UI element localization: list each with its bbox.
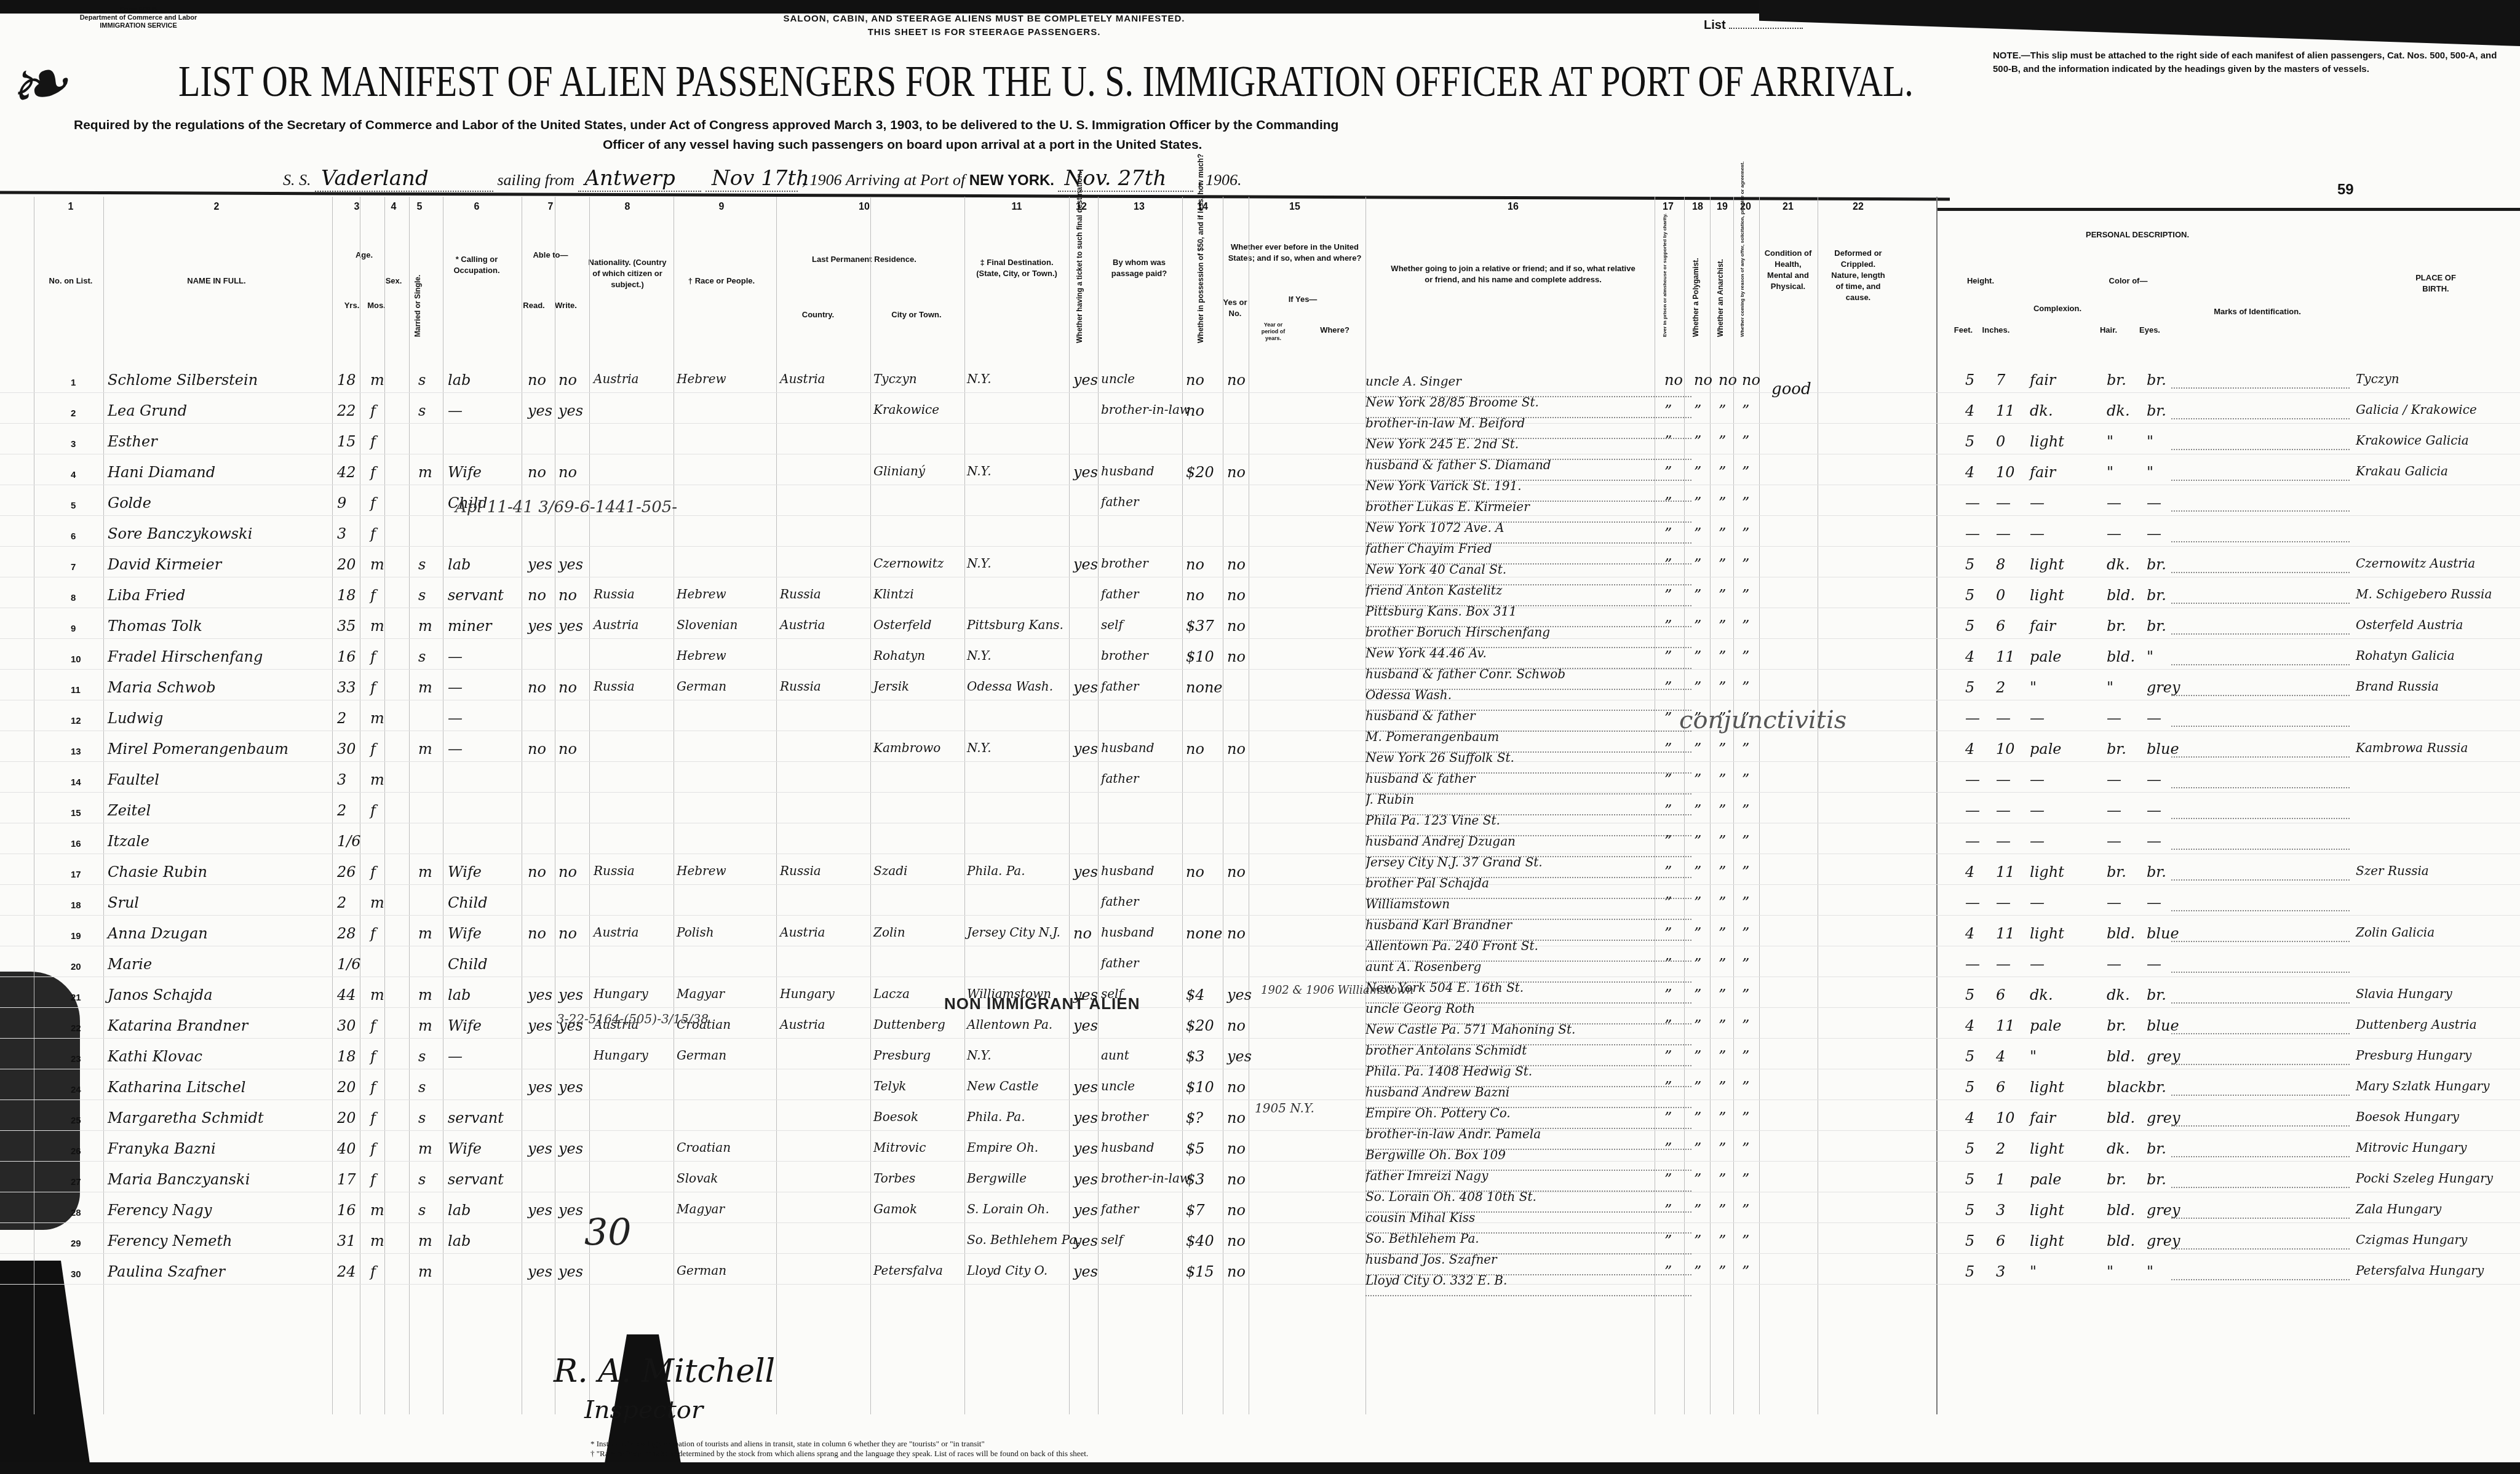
ditto-mark: ”: [1742, 771, 1749, 788]
cell-read: no: [528, 464, 546, 481]
cell-ht-ft: 5: [1965, 986, 1974, 1004]
cell-age: 1/6: [337, 833, 361, 850]
header-where: Where?: [1316, 325, 1353, 336]
cell-ticket: yes: [1073, 1109, 1098, 1127]
cell-sex: f: [370, 1171, 376, 1188]
marks-of-identification-line: [2171, 387, 2350, 389]
ditto-mark: ”: [1719, 956, 1726, 973]
cell-money: no: [1186, 587, 1204, 604]
cell-no: 26: [71, 1146, 81, 1157]
arriving-label: Arriving at Port of: [846, 171, 965, 189]
cell-age: 9: [337, 494, 346, 512]
cell-eyes: br.: [2147, 1140, 2166, 1157]
cell-eyes: blue: [2147, 925, 2179, 942]
cell-ticket: yes: [1073, 740, 1098, 758]
cell-read: yes: [528, 402, 552, 419]
cell-hair: br.: [2107, 1171, 2126, 1188]
header-before-us: Whether ever before in the United States…: [1227, 242, 1362, 264]
ditto-mark: ”: [1742, 587, 1749, 604]
col-num-15: 15: [1289, 202, 1300, 213]
cell-hair: bld.: [2107, 1109, 2135, 1127]
cell-race: Hebrew: [677, 587, 726, 601]
header-calling: * Calling or Occupation.: [443, 254, 511, 276]
cell-name: Esther: [108, 433, 157, 450]
cell-sex: m: [370, 1202, 384, 1219]
ditto-mark: ”: [1742, 1263, 1749, 1280]
cell-hair: ": [2107, 679, 2113, 696]
header-inches: Inches.: [1981, 325, 2011, 336]
cell-age: 2: [337, 710, 346, 727]
marks-of-identification-line: [2171, 572, 2350, 573]
cell-name: Maria Banczyanski: [108, 1171, 250, 1188]
cell-pob: Czernowitz Austria: [2356, 556, 2475, 571]
cell-read: no: [528, 371, 546, 389]
cell-age: 3: [337, 525, 346, 542]
table-row: 11Maria Schwob33fm—nonoRussiaGermanRussi…: [0, 676, 2520, 700]
cell-sex: m: [370, 771, 384, 788]
ditto-mark: ”: [1742, 1202, 1749, 1219]
cell-name: Anna Dzugan: [108, 925, 208, 942]
cell-pob: Galicia / Krakowice: [2356, 402, 2477, 417]
header-joining: Whether going to join a relative or frie…: [1390, 263, 1636, 285]
marks-of-identification-line: [2171, 910, 2350, 911]
ditto-mark: ”: [1719, 986, 1726, 1004]
cell-no: 29: [71, 1238, 81, 1249]
header-place-of-birth: PLACE OF BIRTH.: [2405, 272, 2466, 295]
ditto-mark: ”: [1719, 648, 1726, 665]
cell-city: Jersik: [873, 679, 909, 694]
cell-money: $?: [1186, 1109, 1203, 1127]
cell-ms: s: [418, 1109, 426, 1127]
marks-of-identification-line: [2171, 1187, 2350, 1188]
cell-nat: Austria: [594, 925, 639, 940]
relative-address-line: New York Varick St. 191.: [1365, 478, 1691, 502]
table-row: 9Thomas Tolk35mmmineryesyesAustriaSloven…: [0, 615, 2520, 639]
cell-occ: lab: [448, 1202, 471, 1219]
ditto-mark: ”: [1742, 925, 1749, 942]
cell-write: no: [558, 464, 577, 481]
cell-no: 10: [71, 654, 81, 665]
cell-write: yes: [558, 1079, 583, 1096]
cell-eyes: ": [2147, 464, 2153, 481]
table-row: 2Lea Grund22fs—yesyesKrakowicebrother-in…: [0, 400, 2520, 424]
ditto-mark: ”: [1719, 863, 1726, 881]
cell-hair: —: [2107, 833, 2121, 850]
annotation-line-21: 3-22-5164-(505)-3/15/38: [557, 1012, 709, 1026]
ditto-mark: ”: [1694, 740, 1701, 758]
relative-address-line: brother-in-law M. Beiford: [1365, 416, 1691, 439]
cell-dest: Odessa Wash.: [967, 679, 1053, 694]
inspector-signature: R. A. Mitchell: [554, 1353, 775, 1390]
clerk-initials: ❧: [0, 38, 75, 133]
ditto-mark: ”: [1719, 894, 1726, 911]
cell-ms: s: [418, 1171, 426, 1188]
cell-name: Ferency Nagy: [108, 1202, 212, 1219]
cell-city: Krakowice: [873, 402, 939, 417]
cell-no: 2: [71, 408, 76, 419]
table-row: 7David Kirmeier20mslabyesyesCzernowitzN.…: [0, 553, 2520, 577]
cell-ticket: yes: [1073, 1017, 1098, 1034]
cell-paid: brother-in-law: [1101, 1171, 1190, 1186]
cell-ticket: yes: [1073, 556, 1098, 573]
cell-before: no: [1227, 1140, 1246, 1157]
marks-of-identification-line: [2171, 1248, 2350, 1250]
class-notice: SALOON, CABIN, AND STEERAGE ALIENS MUST …: [627, 12, 1341, 39]
ditto-mark: ”: [1719, 1140, 1726, 1157]
cell-race: Polish: [677, 925, 714, 940]
cell-money: no: [1186, 863, 1204, 881]
marks-of-identification-line: [2171, 941, 2350, 942]
cell-name: Janos Schajda: [108, 986, 213, 1004]
cell-hair: —: [2107, 771, 2121, 788]
cell-dest: New Castle: [967, 1079, 1039, 1093]
cell-before: no: [1227, 1263, 1246, 1280]
cell-sex: f: [370, 740, 376, 758]
cell-city: Osterfeld: [873, 617, 932, 632]
table-row: 27Maria Banczyanski17fsservantSlovakTorb…: [0, 1168, 2520, 1192]
relative-address-line: uncle A. Singer: [1365, 374, 1691, 397]
cell-name: Srul: [108, 894, 139, 911]
cell-ht-ft: 5: [1965, 1171, 1974, 1188]
cell-cmp: light: [2030, 1232, 2064, 1250]
cell-name: Kathi Klovac: [108, 1048, 202, 1065]
cell-pob: Kambrowa Russia: [2356, 740, 2468, 755]
cell-nat: Hungary: [594, 986, 648, 1001]
ditto-mark: ”: [1742, 956, 1749, 973]
cell-ht-in: 0: [1996, 433, 2005, 450]
cell-hair: bld.: [2107, 1232, 2135, 1250]
header-feet: Feet.: [1951, 325, 1976, 336]
cell-name: Katharina Litschel: [108, 1079, 246, 1096]
cell-cmp: —: [2030, 956, 2045, 973]
cell-sex: f: [370, 1263, 376, 1280]
relative-address-line: Odessa Wash.: [1365, 687, 1691, 711]
relative-address-line: brother Pal Schajda: [1365, 876, 1691, 899]
relative-address-line: Williamstown: [1365, 897, 1691, 920]
cell-before: no: [1227, 648, 1246, 665]
cell-ht-ft: —: [1965, 771, 1980, 788]
regulation-line-2: Officer of any vessel having such passen…: [74, 135, 1833, 155]
cell-country: Russia: [780, 679, 821, 694]
col-num-22: 22: [1853, 202, 1864, 213]
ditto-mark: ”: [1719, 1202, 1726, 1219]
cell-ht-in: 0: [1996, 587, 2005, 604]
cell-name: Mirel Pomerangenbaum: [108, 740, 288, 758]
cell-sex: f: [370, 1079, 376, 1096]
cell-write: yes: [558, 402, 583, 419]
cell-no: 30: [71, 1269, 81, 1280]
table-row: 3Esther15f50light""Krakowice Galicia””””: [0, 430, 2520, 454]
cell-occ: —: [448, 679, 463, 696]
ditto-mark: ”: [1694, 1048, 1701, 1065]
cell-cmp: ": [2030, 679, 2037, 696]
ditto-mark: ”: [1694, 464, 1701, 481]
cell-name: Maria Schwob: [108, 679, 216, 696]
ditto-mark: ”: [1719, 1079, 1726, 1096]
cell-read: no: [528, 587, 546, 604]
cell-read: yes: [528, 556, 552, 573]
cell-paid: husband: [1101, 740, 1154, 755]
cell-age: 20: [337, 1109, 356, 1127]
cell-eyes: grey: [2147, 1109, 2180, 1127]
cell-pob: Krakowice Galicia: [2356, 433, 2469, 448]
cell-money: $20: [1186, 464, 1214, 481]
cell-eyes: —: [2147, 771, 2161, 788]
cell-no: 5: [71, 501, 76, 511]
cell-read: yes: [528, 1079, 552, 1096]
cell-paid: aunt: [1101, 1048, 1129, 1063]
cell-cmp: —: [2030, 525, 2045, 542]
table-row: 29Ferency Nemeth31mmlabSo. Bethlehem Pa.…: [0, 1230, 2520, 1254]
cell-before: no: [1227, 1109, 1246, 1127]
cell-city: Klintzi: [873, 587, 914, 601]
cell-ht-ft: 4: [1965, 1017, 1974, 1034]
header-age: Age.: [346, 250, 383, 261]
cell-cmp: light: [2030, 1079, 2064, 1096]
relative-address-line: father Imreizi Nagy: [1365, 1168, 1691, 1192]
cell-cmp: light: [2030, 587, 2064, 604]
cell-ht-in: 11: [1996, 648, 2015, 665]
ditto-mark: ”: [1694, 587, 1701, 604]
cell-eyes: br.: [2147, 402, 2166, 419]
cell-sex: m: [370, 617, 384, 635]
ditto-mark: ”: [1694, 1017, 1701, 1034]
cell-cmp: —: [2030, 771, 2045, 788]
cell-eyes: br.: [2147, 587, 2166, 604]
cell-no: 4: [71, 470, 76, 480]
cell-ms: m: [418, 740, 432, 758]
col-num-4: 4: [391, 202, 397, 213]
cell-before: yes: [1227, 986, 1252, 1004]
ss-label: S. S.: [283, 171, 311, 189]
inspector-title: Inspector: [584, 1396, 703, 1424]
ditto-mark: ”: [1742, 1017, 1749, 1034]
cell-dest: N.Y.: [967, 464, 992, 478]
marks-of-identification-line: [2171, 1156, 2350, 1157]
cell-eyes: br.: [2147, 863, 2166, 881]
col-num-1: 1: [68, 202, 74, 213]
relative-address-line: brother Antolans Schmidt: [1365, 1043, 1691, 1066]
cell-ht-ft: 5: [1965, 433, 1974, 450]
cell-nat: Russia: [594, 587, 635, 601]
ditto-mark: ”: [1694, 956, 1701, 973]
cell-ms: m: [418, 986, 432, 1004]
cell-city: Szadi: [873, 863, 907, 878]
relative-address-line: brother-in-law Andr. Pamela: [1365, 1127, 1691, 1150]
cell-hair: —: [2107, 802, 2121, 819]
page-title: LIST OR MANIFEST OF ALIEN PASSENGERS FOR…: [178, 55, 1914, 107]
header-polygamist: Whether a Polygamist.: [1691, 232, 1700, 337]
ditto-mark: ”: [1742, 1140, 1749, 1157]
relative-address-line: Bergwille Oh. Box 109: [1365, 1147, 1691, 1171]
cell-sex: m: [370, 710, 384, 727]
cell-age: 30: [337, 1017, 356, 1034]
relative-address-line: So. Lorain Oh. 408 10th St.: [1365, 1189, 1691, 1213]
form-identifier: Form 500 B Department of Commerce and La…: [74, 6, 203, 30]
cell-age: 2: [337, 894, 346, 911]
ditto-mark: ”: [1719, 494, 1726, 512]
col-num-17: 17: [1663, 202, 1674, 213]
marks-of-identification-line: [2171, 879, 2350, 881]
cell-age: 44: [337, 986, 356, 1004]
cell-ht-in: 11: [1996, 863, 2015, 881]
cell-ms: m: [418, 617, 432, 635]
header-name: NAME IN FULL.: [155, 275, 278, 287]
cell-occ: —: [448, 648, 463, 665]
cell-ht-in: 1: [1996, 1171, 2005, 1188]
marks-of-identification-line: [2171, 1033, 2350, 1034]
cell-occ: lab: [448, 371, 471, 389]
cell-ht-in: 4: [1996, 1048, 2005, 1065]
cell-read: yes: [528, 1202, 552, 1219]
ditto-mark: ”: [1719, 679, 1726, 696]
cell-write: no: [558, 587, 577, 604]
table-row: 18Srul2mChildfather—————””””: [0, 892, 2520, 916]
cell-money: $10: [1186, 648, 1214, 665]
cell-ms: s: [418, 1048, 426, 1065]
relative-address-line: New York 1072 Ave. A: [1365, 520, 1691, 544]
col-num-2: 2: [214, 202, 220, 213]
cell-sex: m: [370, 556, 384, 573]
cell-eyes: grey: [2147, 1048, 2180, 1065]
ditto-mark: ”: [1719, 1017, 1726, 1034]
marks-of-identification-line: [2171, 510, 2350, 512]
cell-eyes: br.: [2147, 1079, 2166, 1096]
cell-pob: Tyczyn: [2356, 371, 2399, 386]
cell-pob: Mary Szlatk Hungary: [2356, 1079, 2489, 1093]
cell-eyes: grey: [2147, 679, 2180, 696]
cell-read: yes: [528, 986, 552, 1004]
cell-before: no: [1227, 925, 1246, 942]
cell-paid: brother: [1101, 556, 1148, 571]
cell-ms: m: [418, 925, 432, 942]
cell-ht-ft: 4: [1965, 402, 1974, 419]
header-money: Whether in possession of $50, and if les…: [1196, 226, 1205, 343]
relative-address-line: Phila. Pa. 1408 Hedwig St.: [1365, 1064, 1691, 1087]
cell-pob: Brand Russia: [2356, 679, 2439, 694]
cell-name: Paulina Szafner: [108, 1263, 225, 1280]
cell-eyes: br.: [2147, 986, 2166, 1004]
relative-address-line: husband & father: [1365, 708, 1691, 732]
cell-ht-ft: 4: [1965, 648, 1974, 665]
cell-pob: Duttenberg Austria: [2356, 1017, 2477, 1032]
table-row: 14Faultel3mfather—————””””: [0, 769, 2520, 793]
cell-sex: f: [370, 802, 376, 819]
cell-sex: f: [370, 494, 376, 512]
cell-name: Ludwig: [108, 710, 163, 727]
ditto-mark: ”: [1742, 863, 1749, 881]
ditto-mark: ”: [1719, 433, 1726, 450]
cell-dest: N.Y.: [967, 648, 992, 663]
cell-age: 17: [337, 1171, 356, 1188]
cell-sex: f: [370, 433, 376, 450]
ditto-mark: ”: [1694, 925, 1701, 942]
cell-before: yes: [1227, 1048, 1252, 1065]
ditto-mark: ”: [1719, 587, 1726, 604]
cell-sex: f: [370, 863, 376, 881]
cell-paid: husband: [1101, 464, 1154, 478]
header-read: Read.: [519, 300, 549, 311]
cell-cmp: light: [2030, 433, 2064, 450]
ditto-mark: ”: [1694, 894, 1701, 911]
cell-country: Austria: [780, 925, 825, 940]
cell-ht-in: 3: [1996, 1263, 2005, 1280]
cell-sex: f: [370, 648, 376, 665]
cell-ht-ft: 5: [1965, 371, 1974, 389]
cell-paid: father: [1101, 679, 1139, 694]
marks-of-identification-line: [2171, 818, 2350, 819]
cell-write: no: [558, 925, 577, 942]
ditto-mark: ”: [1742, 1048, 1749, 1065]
cell-occ: —: [448, 710, 463, 727]
cell-ticket: yes: [1073, 1140, 1098, 1157]
cell-age: 22: [337, 402, 356, 419]
cell-paid: self: [1101, 617, 1123, 632]
relative-address-line: Allentown Pa. 240 Front St.: [1365, 938, 1691, 962]
cell-cmp: dk.: [2030, 986, 2053, 1004]
table-row: 13Mirel Pomerangenbaum30fm—nonoKambrowoN…: [0, 738, 2520, 762]
ditto-mark: no: [1719, 371, 1737, 389]
cell-ticket: yes: [1073, 863, 1098, 881]
cell-cmp: fair: [2030, 464, 2056, 481]
ditto-mark: ”: [1694, 771, 1701, 788]
cell-age: 18: [337, 1048, 356, 1065]
relative-address-line: New York 28/85 Broome St.: [1365, 395, 1691, 418]
cell-paid: self: [1101, 1232, 1123, 1247]
ditto-mark: ”: [1742, 494, 1749, 512]
cell-eyes: br.: [2147, 556, 2166, 573]
header-if-yes: If Yes—: [1266, 294, 1340, 305]
cell-paid: brother-in-law: [1101, 402, 1190, 417]
cell-occ: Wife: [448, 1017, 482, 1034]
cell-ht-ft: 5: [1965, 617, 1974, 635]
ditto-mark: ”: [1719, 802, 1726, 819]
cell-before: no: [1227, 1017, 1246, 1034]
cell-occ: miner: [448, 617, 492, 635]
cell-no: 28: [71, 1208, 81, 1218]
cell-no: 6: [71, 531, 76, 542]
header-ticket: Whether having a ticket to such final de…: [1075, 226, 1084, 343]
cell-age: 26: [337, 863, 356, 881]
relative-address-line: husband Karl Brandner: [1365, 917, 1691, 941]
cell-name: Liba Fried: [108, 587, 185, 604]
cell-nat: Austria: [594, 371, 639, 386]
relative-address-line: Jersey City N.J. 37 Grand St.: [1365, 855, 1691, 878]
ditto-mark: ”: [1694, 494, 1701, 512]
cell-ht-ft: 5: [1965, 587, 1974, 604]
cell-race: Slovenian: [677, 617, 737, 632]
cell-paid: husband: [1101, 925, 1154, 940]
ditto-mark: ”: [1719, 1048, 1726, 1065]
marks-of-identification-line: [2171, 1002, 2350, 1004]
cell-eyes: —: [2147, 802, 2161, 819]
cell-ms: m: [418, 1232, 432, 1250]
header-deformed: Deformed or Crippled. Nature, length of …: [1827, 248, 1889, 303]
cell-money: $20: [1186, 1017, 1214, 1034]
cell-ticket: yes: [1073, 371, 1098, 389]
cell-money: $37: [1186, 617, 1214, 635]
relative-address-line: husband & father S. Diamand: [1365, 458, 1691, 481]
class-notice-line-1: SALOON, CABIN, AND STEERAGE ALIENS MUST …: [627, 12, 1341, 26]
header-paid-by: By whom was passage paid?: [1105, 257, 1173, 279]
cell-ticket: yes: [1073, 1232, 1098, 1250]
cell-paid: father: [1101, 956, 1139, 970]
cell-dest: Bergwille: [967, 1171, 1027, 1186]
cell-age: 1/6: [337, 956, 361, 973]
ditto-mark: ”: [1719, 1109, 1726, 1127]
cell-race: German: [677, 1263, 726, 1278]
table-row: 30Paulina Szafner24fmyesyesGermanPetersf…: [0, 1261, 2520, 1285]
